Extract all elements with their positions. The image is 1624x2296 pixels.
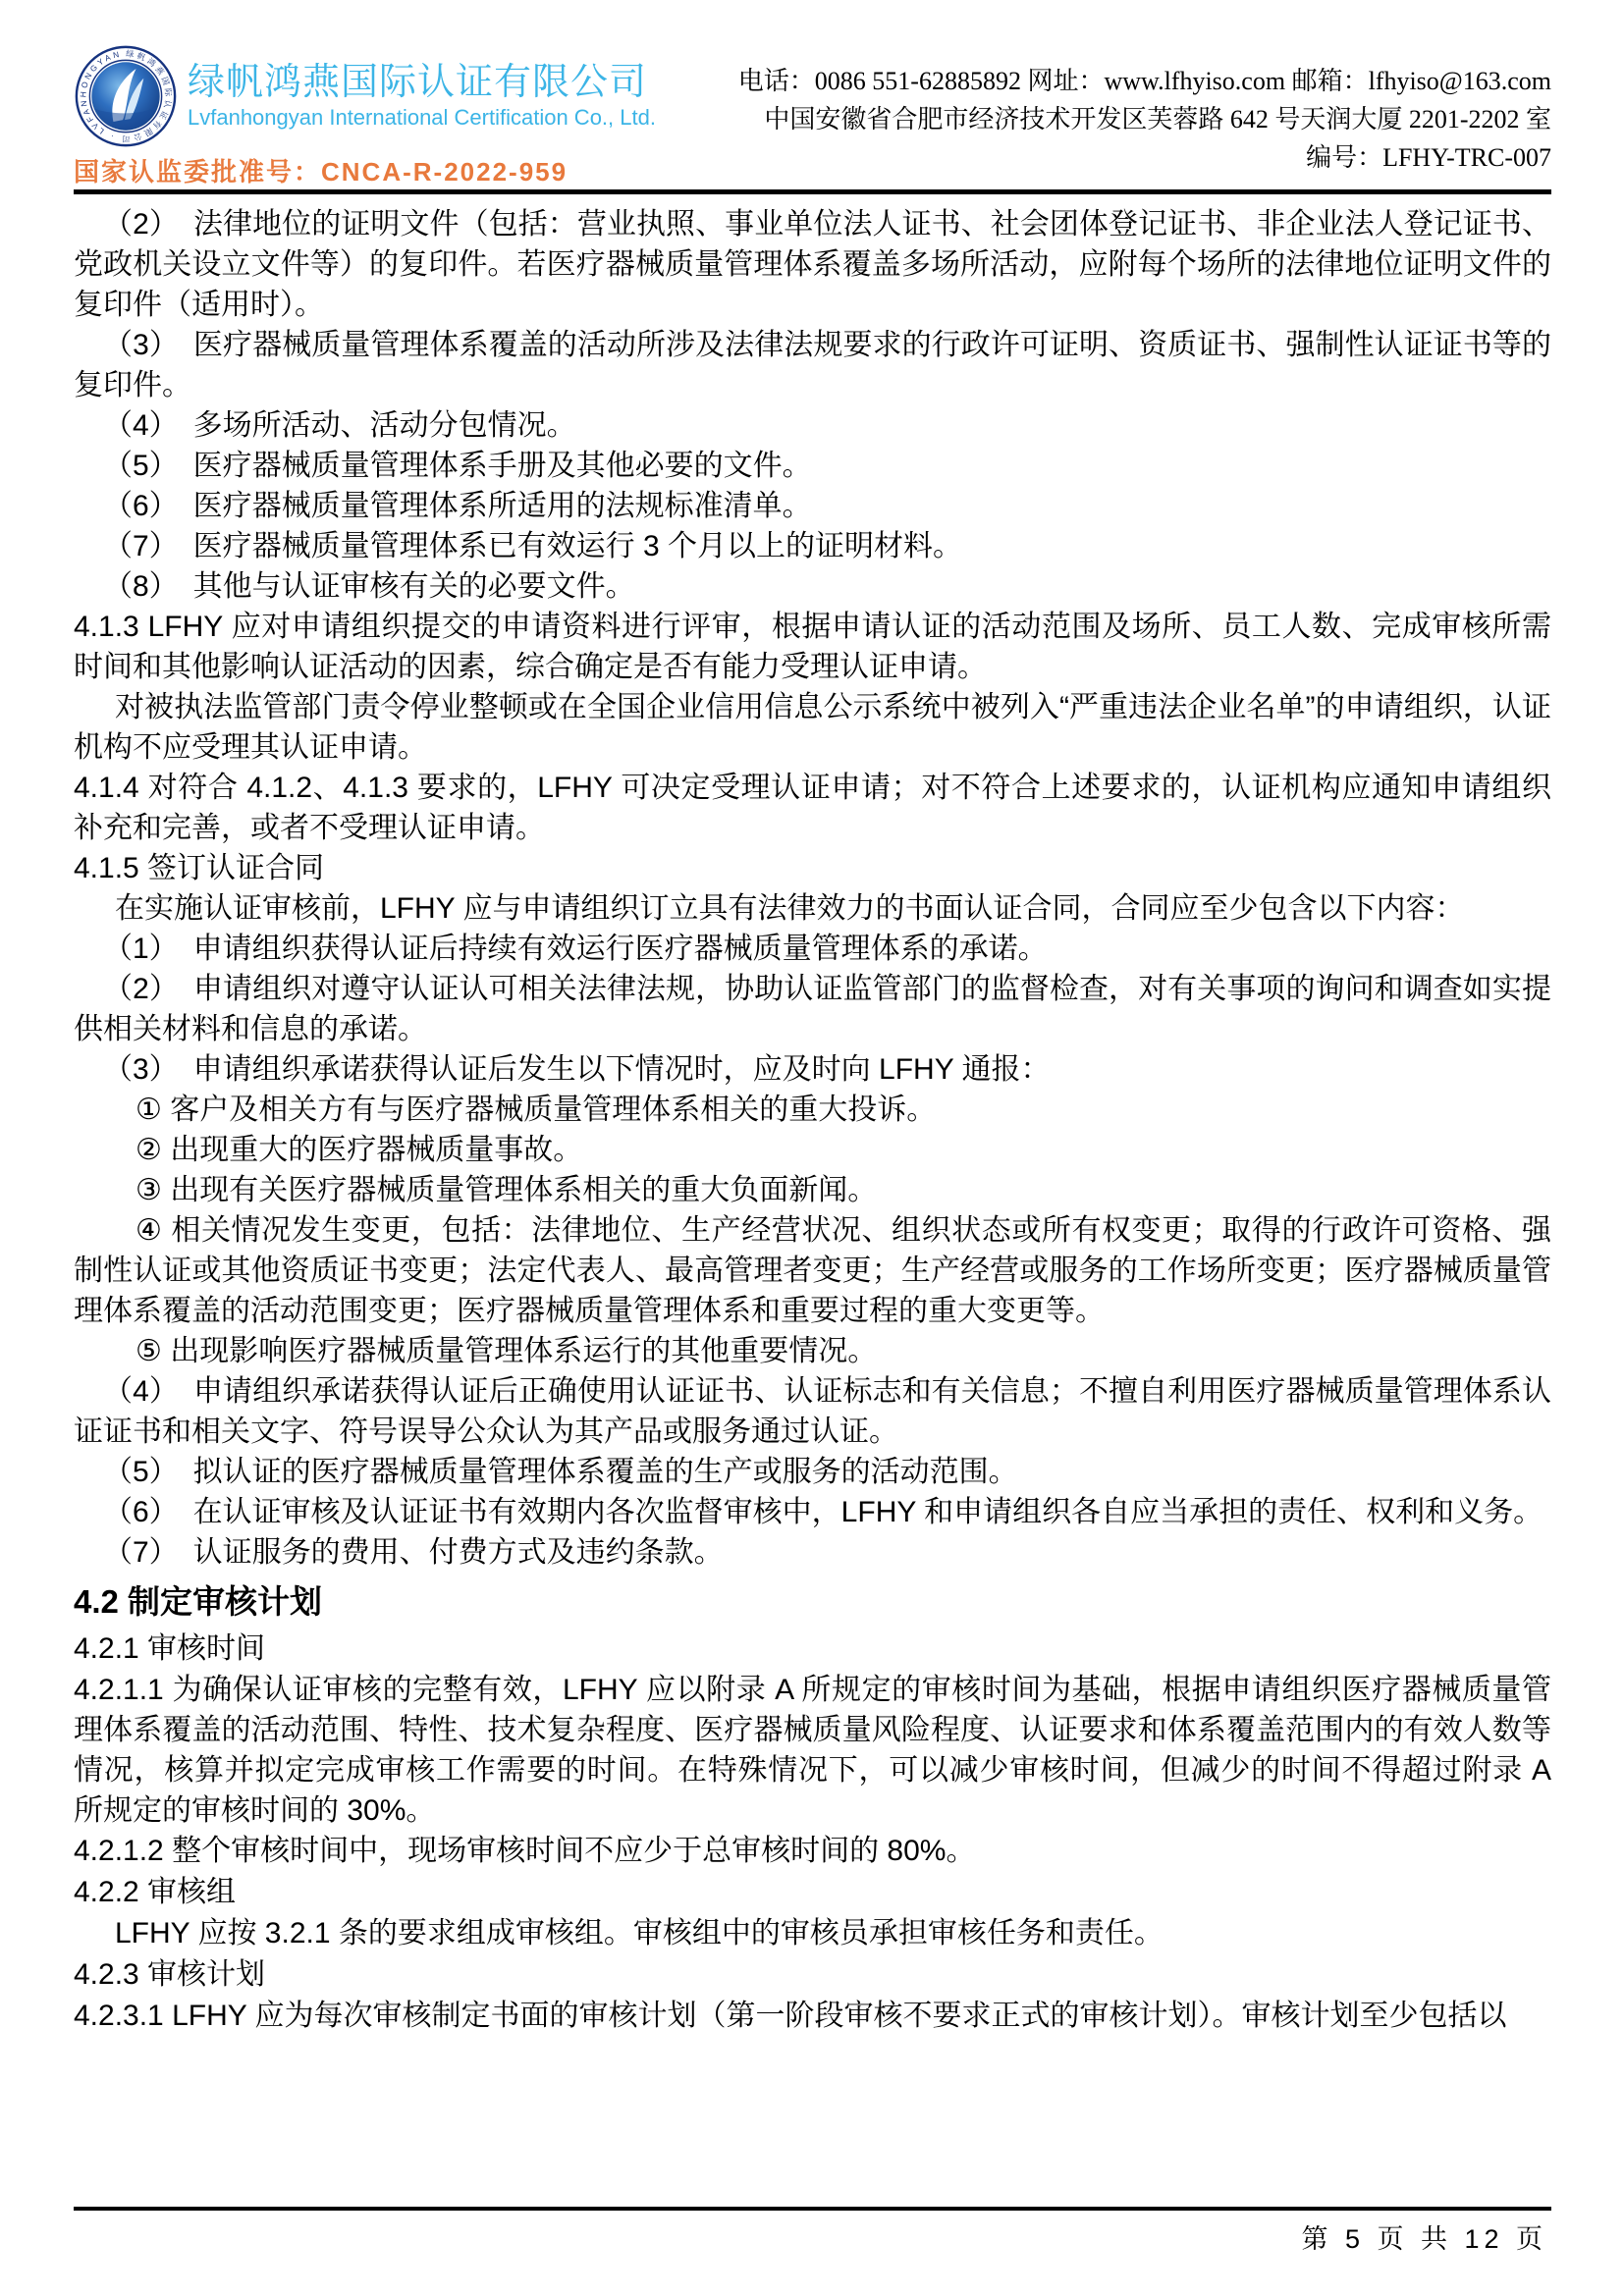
paragraph: （7） 医疗器械质量管理体系已有效运行 3 个月以上的证明材料。 [74, 526, 1551, 566]
header-divider [74, 189, 1551, 194]
paragraph: （2） 法律地位的证明文件（包括：营业执照、事业单位法人证书、社会团体登记证书、… [74, 204, 1551, 325]
paragraph: （4） 申请组织承诺获得认证后正确使用认证证书、认证标志和有关信息；不擅自利用医… [74, 1371, 1551, 1452]
document-page: 绿帆鸿燕国际认证有限公司 · LVFANHONGYAN CERTIFICATIO… [0, 0, 1624, 2296]
company-name-en: Lvfanhongyan International Certification… [188, 104, 656, 132]
paragraph: 4.2.3.1 LFHY 应为每次审核制定书面的审核计划（第一阶段审核不要求正式… [74, 1996, 1551, 2036]
paragraph: 4.1.5 签订认证合同 [74, 848, 1551, 888]
paragraph: （3） 医疗器械质量管理体系覆盖的活动所涉及法律法规要求的行政许可证明、资质证书… [74, 325, 1551, 405]
contact-line: 电话：0086 551-62885892 网址：www.lfhyiso.com … [738, 62, 1551, 100]
paragraph: （2） 申请组织对遵守认证认可相关法律法规，协助认证监管部门的监督检查，对有关事… [74, 969, 1551, 1049]
paragraph: （6） 医疗器械质量管理体系所适用的法规标准清单。 [74, 486, 1551, 526]
paragraph: 4.1.3 LFHY 应对申请组织提交的申请资料进行评审，根据申请认证的活动范围… [74, 607, 1551, 687]
paragraph: （3） 申请组织承诺获得认证后发生以下情况时，应及时向 LFHY 通报： [74, 1049, 1551, 1090]
paragraph: 4.2.1.1 为确保认证审核的完整有效，LFHY 应以附录 A 所规定的审核时… [74, 1670, 1551, 1831]
paragraph: ① 客户及相关方有与医疗器械质量管理体系相关的重大投诉。 [74, 1090, 1551, 1130]
paragraph: （4） 多场所活动、活动分包情况。 [74, 405, 1551, 446]
paragraph: （5） 医疗器械质量管理体系手册及其他必要的文件。 [74, 446, 1551, 486]
approval-number-line: 国家认监委批准号：CNCA-R-2022-959 [74, 156, 656, 187]
paragraph: （8） 其他与认证审核有关的必要文件。 [74, 566, 1551, 607]
paragraph: ④ 相关情况发生变更，包括：法律地位、生产经营状况、组织状态或所有权变更；取得的… [74, 1210, 1551, 1331]
paragraph: （7） 认证服务的费用、付费方式及违约条款。 [74, 1532, 1551, 1573]
footer-divider [74, 2207, 1551, 2211]
header-left-block: 绿帆鸿燕国际认证有限公司 · LVFANHONGYAN CERTIFICATIO… [74, 44, 656, 187]
paragraph: （6） 在认证审核及认证证书有效期内各次监督审核中，LFHY 和申请组织各自应当… [74, 1492, 1551, 1532]
paragraph: ② 出现重大的医疗器械质量事故。 [74, 1130, 1551, 1170]
paragraph: （5） 拟认证的医疗器械质量管理体系覆盖的生产或服务的活动范围。 [74, 1452, 1551, 1492]
doc-number: 编号：LFHY-TRC-007 [738, 138, 1551, 177]
company-logo-icon: 绿帆鸿燕国际认证有限公司 · LVFANHONGYAN CERTIFICATIO… [74, 44, 178, 148]
paragraph: 4.1.4 对符合 4.1.2、4.1.3 要求的，LFHY 可决定受理认证申请… [74, 768, 1551, 848]
section-heading: 4.2.3 审核计划 [74, 1953, 1551, 1996]
paragraph: （1） 申请组织获得认证后持续有效运行医疗器械质量管理体系的承诺。 [74, 929, 1551, 969]
section-heading: 4.2 制定审核计划 [74, 1578, 1551, 1626]
paragraph: 在实施认证审核前，LFHY 应与申请组织订立具有法律效力的书面认证合同，合同应至… [74, 888, 1551, 929]
document-body: （2） 法律地位的证明文件（包括：营业执照、事业单位法人证书、社会团体登记证书、… [74, 204, 1551, 2036]
paragraph: ⑤ 出现影响医疗器械质量管理体系运行的其他重要情况。 [74, 1331, 1551, 1371]
paragraph: LFHY 应按 3.2.1 条的要求组成审核组。审核组中的审核员承担审核任务和责… [74, 1913, 1551, 1953]
paragraph: 对被执法监管部门责令停业整顿或在全国企业信用信息公示系统中被列入“严重违法企业名… [74, 687, 1551, 768]
logo-row: 绿帆鸿燕国际认证有限公司 · LVFANHONGYAN CERTIFICATIO… [74, 44, 656, 148]
document-header: 绿帆鸿燕国际认证有限公司 · LVFANHONGYAN CERTIFICATIO… [74, 44, 1551, 187]
page-number: 第 5 页 共 12 页 [1301, 2217, 1547, 2256]
company-title-block: 绿帆鸿燕国际认证有限公司 Lvfanhongyan International … [188, 61, 656, 132]
address-line: 中国安徽省合肥市经济技术开发区芙蓉路 642 号天润大厦 2201-2202 室 [738, 100, 1551, 138]
section-heading: 4.2.1 审核时间 [74, 1628, 1551, 1670]
section-heading: 4.2.2 审核组 [74, 1871, 1551, 1913]
company-name-zh: 绿帆鸿燕国际认证有限公司 [188, 61, 656, 104]
paragraph: ③ 出现有关医疗器械质量管理体系相关的重大负面新闻。 [74, 1170, 1551, 1210]
paragraph: 4.2.1.2 整个审核时间中，现场审核时间不应少于总审核时间的 80%。 [74, 1831, 1551, 1871]
header-contact-block: 电话：0086 551-62885892 网址：www.lfhyiso.com … [738, 62, 1551, 177]
